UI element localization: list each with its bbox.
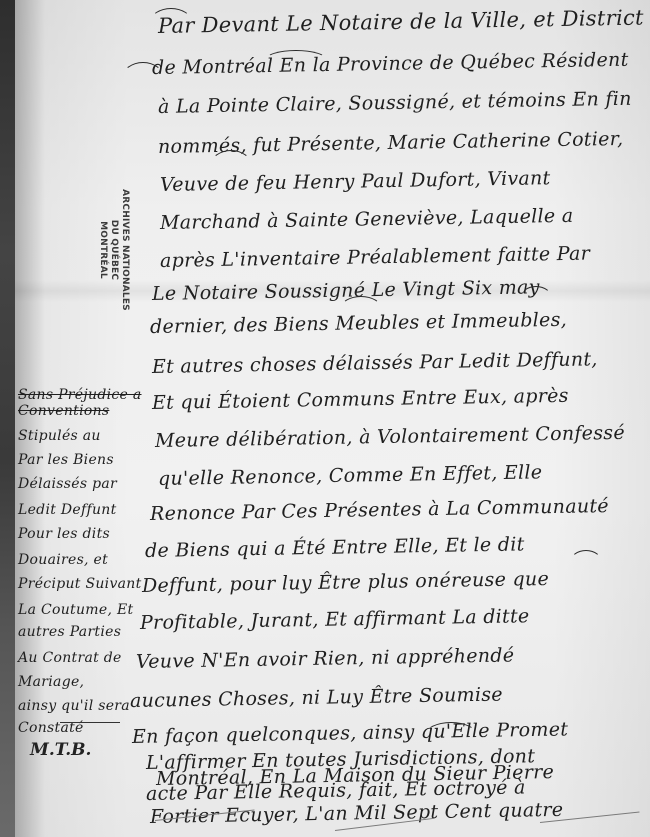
margin-line: Préciput Suivant bbox=[18, 576, 142, 592]
flourish bbox=[150, 8, 192, 36]
body-line: Par Devant Le Notaire de la Ville, et Di… bbox=[158, 6, 644, 38]
flourish bbox=[122, 62, 164, 94]
margin-line: Stipulés au bbox=[18, 428, 101, 444]
flourish bbox=[265, 50, 327, 70]
body-line: Et autres choses délaissés Par Ledit Def… bbox=[152, 348, 598, 378]
margin-underline bbox=[60, 722, 120, 723]
binding-edge bbox=[0, 0, 15, 837]
body-line: de Montréal En la Province de Québec Rés… bbox=[152, 49, 629, 79]
flourish bbox=[210, 150, 252, 182]
margin-line: Douaires, et bbox=[18, 552, 108, 568]
body-line: aucunes Choses, ni Luy Être Soumise bbox=[130, 683, 503, 712]
body-line: Deffunt, pour luy Être plus onéreuse que bbox=[142, 568, 549, 597]
flourish bbox=[570, 550, 602, 574]
margin-line: autres Parties bbox=[18, 624, 121, 640]
body-line: de Biens qui a Été Entre Elle, Et le dit bbox=[145, 533, 525, 562]
margin-line: Mariage, bbox=[18, 674, 84, 690]
flourish bbox=[520, 286, 552, 310]
body-line: Veuve N'En avoir Rien, ni appréhendé bbox=[136, 644, 515, 673]
margin-line: Ledit Deffunt bbox=[18, 502, 117, 518]
body-line: Renonce Par Ces Présentes à La Communaut… bbox=[150, 495, 609, 525]
archives-stamp: ARCHIVES NATIONALES DU QUÉBEC MONTRÉAL bbox=[97, 185, 130, 315]
stamp-line: DU QUÉBEC bbox=[108, 185, 119, 315]
margin-line: Par les Biens bbox=[18, 452, 114, 468]
body-line: Et qui Étoient Communs Entre Eux, après bbox=[152, 385, 569, 414]
flourish bbox=[425, 722, 477, 748]
body-line: Profitable, Jurant, Et affirmant La ditt… bbox=[140, 605, 530, 634]
margin-line: Sans Préjudice a bbox=[18, 387, 142, 403]
document-page: ARCHIVES NATIONALES DU QUÉBEC MONTRÉAL P… bbox=[0, 0, 650, 837]
margin-line: Délaissés par bbox=[18, 476, 117, 492]
body-line: Marchand à Sainte Geneviève, Laquelle a bbox=[160, 205, 574, 234]
flourish bbox=[340, 296, 382, 322]
margin-line: Pour les dits bbox=[18, 526, 110, 542]
body-line: qu'elle Renonce, Comme En Effet, Elle bbox=[158, 461, 543, 490]
margin-line: La Coutume, Et bbox=[18, 602, 133, 618]
body-line: En façon quelconques, ainsy qu'Elle Prom… bbox=[132, 718, 569, 748]
margin-line: ainsy qu'il sera bbox=[18, 698, 130, 714]
body-line: après L'inventaire Préalablement faitte … bbox=[160, 242, 590, 272]
body-line: à La Pointe Claire, Soussigné, et témoin… bbox=[158, 88, 632, 118]
margin-line: Conventions bbox=[18, 403, 109, 419]
stamp-line: MONTRÉAL bbox=[97, 185, 108, 315]
body-line: Meure délibération, à Volontairement Con… bbox=[155, 422, 625, 452]
stamp-line: ARCHIVES NATIONALES bbox=[119, 185, 130, 315]
margin-line: Au Contrat de bbox=[18, 650, 122, 666]
paraph-initials: M.T.B. bbox=[30, 740, 91, 760]
